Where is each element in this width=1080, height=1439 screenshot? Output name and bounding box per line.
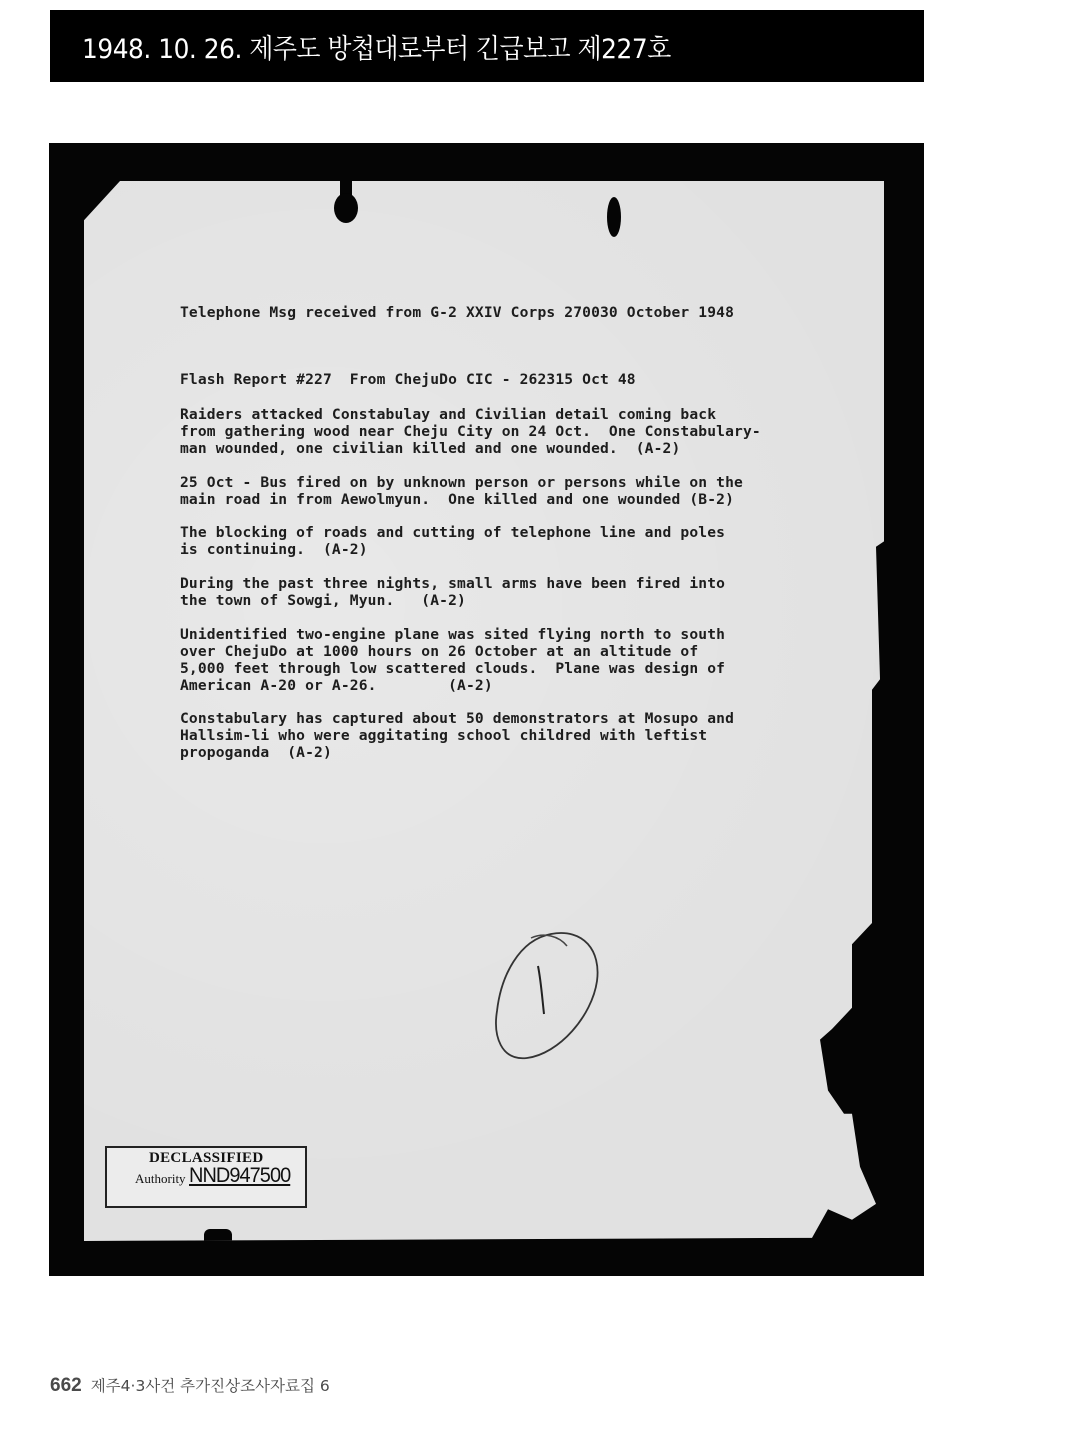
punch-hole [607,197,621,237]
page-number: 662 [50,1375,82,1397]
document-title-bar: 1948. 10. 26. 제주도 방첩대로부터 긴급보고 제227호 [50,10,924,82]
stamp-authority-label: Authority [135,1171,186,1187]
report-paragraph: During the past three nights, small arms… [180,575,725,609]
stamp-authority-number: NND947500 [189,1164,290,1188]
declassified-stamp: DECLASSIFIED Authority NND947500 [105,1146,307,1208]
document-paper: Telephone Msg received from G-2 XXIV Cor… [84,181,884,1241]
book-title: 제주4·3사건 추가진상조사자료집 6 [91,1374,330,1396]
report-paragraph: Constabulary has captured about 50 demon… [180,710,734,761]
report-paragraph: 25 Oct - Bus fired on by unknown person … [180,474,743,508]
punch-hole [334,193,358,223]
document-title: 1948. 10. 26. 제주도 방첩대로부터 긴급보고 제227호 [82,27,671,66]
message-header-line: Telephone Msg received from G-2 XXIV Cor… [180,304,734,321]
circled-number-icon [489,926,609,1066]
report-paragraph: Raiders attacked Constabulay and Civilia… [180,406,761,457]
page-footer: 662 제주4·3사건 추가진상조사자료집 6 [50,1374,330,1397]
handwritten-page-number [489,926,609,1066]
report-paragraph: Unidentified two-engine plane was sited … [180,626,725,694]
paper-tear [204,1229,232,1245]
report-paragraph: The blocking of roads and cutting of tel… [180,524,725,558]
flash-report-line: Flash Report #227 From ChejuDo CIC - 262… [180,371,636,388]
scanned-document-photo: Telephone Msg received from G-2 XXIV Cor… [49,143,924,1276]
